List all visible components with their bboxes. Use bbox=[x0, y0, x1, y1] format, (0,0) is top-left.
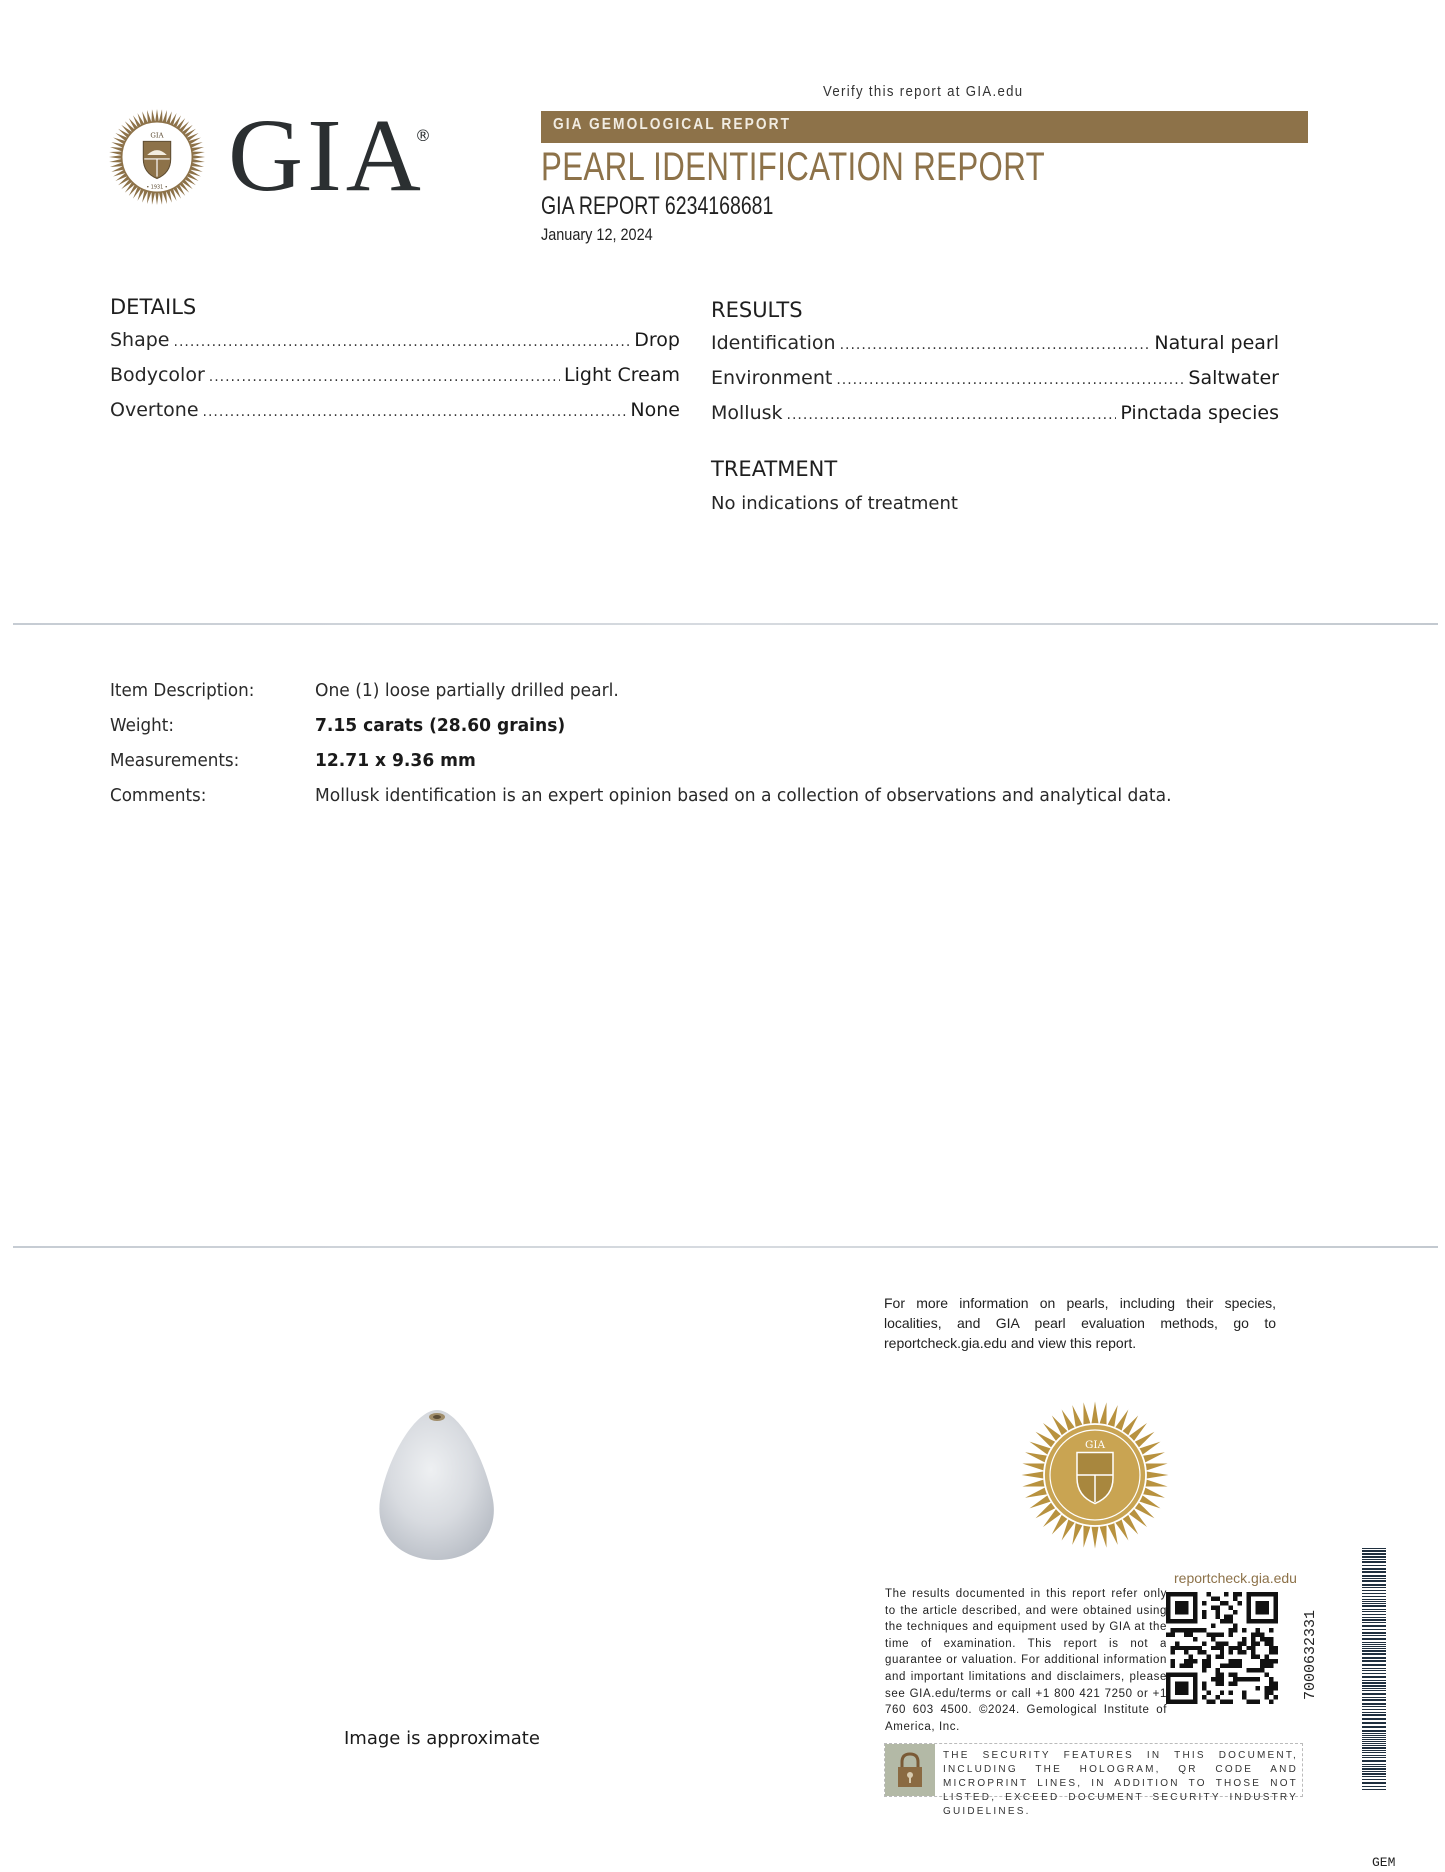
disclaimer-text: The results documented in this report re… bbox=[885, 1586, 1167, 1735]
field-label: Shape bbox=[110, 329, 170, 351]
results-row-environment: Environment Saltwater bbox=[711, 367, 1279, 402]
field-value: Pinctada species bbox=[1120, 402, 1279, 424]
field-value: Drop bbox=[634, 329, 680, 351]
field-label: Bodycolor bbox=[110, 364, 205, 386]
security-lock-box bbox=[885, 1744, 935, 1796]
security-notice-text: THE SECURITY FEATURES IN THIS DOCUMENT, … bbox=[943, 1749, 1298, 1819]
details-section: DETAILS Shape Drop Bodycolor Light Cream… bbox=[110, 295, 680, 434]
field-value: Saltwater bbox=[1188, 367, 1279, 389]
info-row-weight: Weight: 7.15 carats (28.60 grains) bbox=[110, 715, 1217, 750]
treatment-heading: TREATMENT bbox=[711, 457, 1279, 481]
field-label: Overtone bbox=[110, 399, 199, 421]
more-info-text: For more information on pearls, includin… bbox=[884, 1293, 1276, 1353]
info-label: Weight: bbox=[110, 715, 301, 736]
pearl-image bbox=[375, 1408, 498, 1563]
verify-link[interactable]: Verify this report at GIA.edu bbox=[823, 83, 1023, 100]
leader-dots bbox=[174, 334, 631, 350]
gia-seal-icon: GIA • 1931 • bbox=[108, 108, 206, 206]
info-label: Item Description: bbox=[110, 680, 301, 701]
leader-dots bbox=[836, 372, 1184, 388]
info-row-description: Item Description: One (1) loose partiall… bbox=[110, 680, 1217, 715]
info-label: Measurements: bbox=[110, 750, 301, 771]
details-row-bodycolor: Bodycolor Light Cream bbox=[110, 364, 680, 399]
lock-icon bbox=[885, 1744, 935, 1796]
svg-text:GIA: GIA bbox=[150, 131, 164, 139]
details-row-shape: Shape Drop bbox=[110, 329, 680, 364]
info-value: One (1) loose partially drilled pearl. bbox=[315, 680, 619, 701]
field-label: Environment bbox=[711, 367, 832, 389]
svg-text:• 1931 •: • 1931 • bbox=[146, 184, 167, 190]
info-label: Comments: bbox=[110, 785, 301, 806]
leader-dots bbox=[203, 404, 627, 420]
leader-dots bbox=[787, 407, 1117, 423]
image-caption: Image is approximate bbox=[344, 1728, 540, 1749]
details-row-overtone: Overtone None bbox=[110, 399, 680, 434]
barcode-number: 7000632331 bbox=[1302, 1610, 1319, 1700]
qr-code[interactable] bbox=[1166, 1592, 1278, 1704]
report-date: January 12, 2024 bbox=[541, 225, 653, 245]
info-value: Mollusk identification is an expert opin… bbox=[315, 785, 1172, 806]
info-value: 7.15 carats (28.60 grains) bbox=[315, 715, 565, 736]
results-heading: RESULTS bbox=[711, 298, 1279, 322]
results-row-identification: Identification Natural pearl bbox=[711, 332, 1279, 367]
leader-dots bbox=[840, 337, 1151, 353]
barcode bbox=[1362, 1548, 1386, 1790]
report-title: PEARL IDENTIFICATION REPORT bbox=[541, 145, 1045, 190]
section-divider bbox=[13, 1246, 1438, 1248]
details-heading: DETAILS bbox=[110, 295, 680, 319]
report-number: GIA REPORT 6234168681 bbox=[541, 192, 773, 221]
svg-text:GIA: GIA bbox=[1085, 1439, 1106, 1451]
field-label: Identification bbox=[711, 332, 836, 354]
hologram-seal-icon: GIA bbox=[1020, 1400, 1170, 1550]
security-notice: THE SECURITY FEATURES IN THIS DOCUMENT, … bbox=[884, 1743, 1303, 1797]
report-type-code: GEM bbox=[1372, 1855, 1395, 1870]
results-section: RESULTS Identification Natural pearl Env… bbox=[711, 298, 1279, 514]
field-value: None bbox=[630, 399, 680, 421]
field-value: Natural pearl bbox=[1154, 332, 1279, 354]
gia-logo-wordmark: GIA bbox=[228, 104, 425, 208]
field-label: Mollusk bbox=[711, 402, 783, 424]
leader-dots bbox=[209, 369, 560, 385]
reportcheck-link[interactable]: reportcheck.gia.edu bbox=[1174, 1570, 1297, 1586]
treatment-text: No indications of treatment bbox=[711, 493, 1279, 514]
banner-label: GIA GEMOLOGICAL REPORT bbox=[553, 116, 791, 134]
section-divider bbox=[13, 623, 1438, 625]
info-value: 12.71 x 9.36 mm bbox=[315, 750, 476, 771]
info-row-comments: Comments: Mollusk identification is an e… bbox=[110, 785, 1217, 820]
field-value: Light Cream bbox=[564, 364, 680, 386]
registered-mark: ® bbox=[415, 126, 431, 145]
info-row-measurements: Measurements: 12.71 x 9.36 mm bbox=[110, 750, 1217, 785]
results-row-mollusk: Mollusk Pinctada species bbox=[711, 402, 1279, 437]
item-info: Item Description: One (1) loose partiall… bbox=[110, 680, 1217, 820]
